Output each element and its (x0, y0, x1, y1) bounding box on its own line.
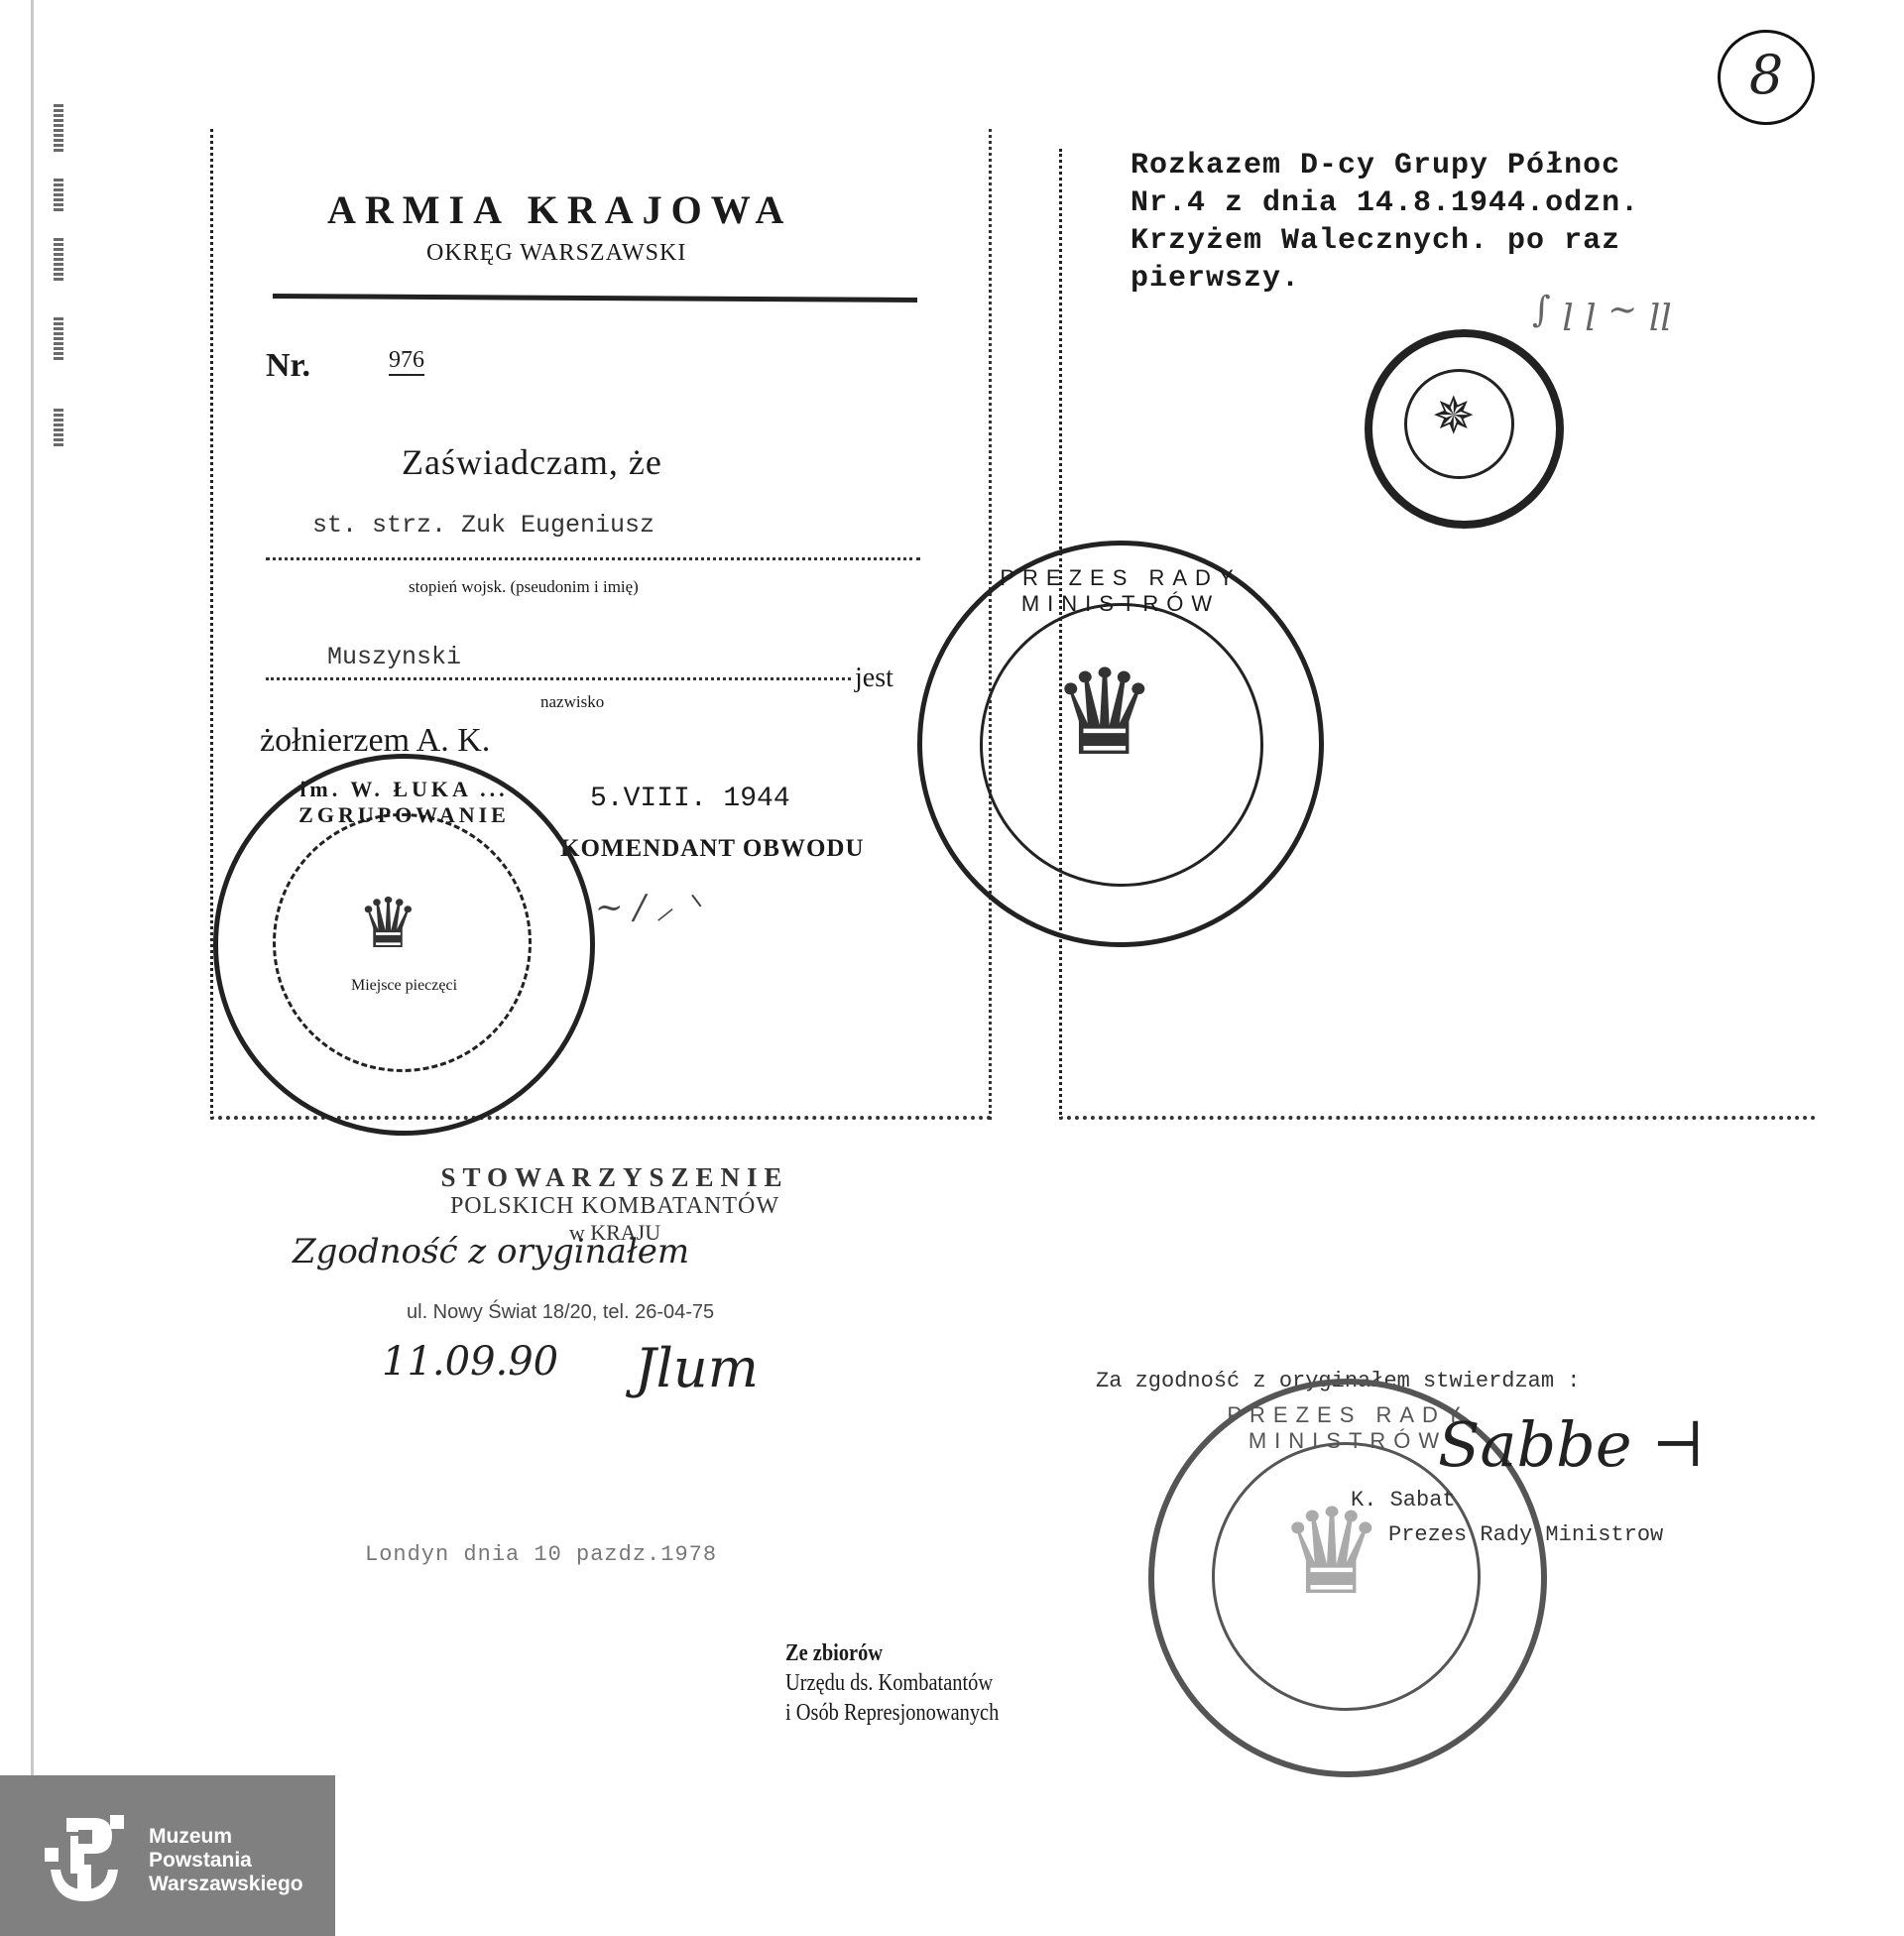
source-line: i Osób Represjonowanych (785, 1698, 999, 1728)
handwritten-note: Zgodność z oryginałem (293, 1232, 689, 1271)
prime-minister-stamp: PREZES RADY MINISTRÓW ♛ (917, 541, 1324, 947)
surname-value: Muszynski (327, 643, 461, 671)
source-note: Ze zbiorów Urzędu ds. Kombatantów i Osób… (785, 1638, 999, 1728)
pm-stamp-ring-text: PREZES RADY MINISTRÓW (922, 565, 1319, 617)
source-line: Ze zbiorów (785, 1638, 999, 1668)
association-signature: Jlum (635, 1337, 759, 1399)
soldier-line: żołnierzem A. K. (260, 722, 490, 760)
certifier-title: Prezes Rady Ministrow (1388, 1522, 1663, 1547)
rank-and-name: st. strz. Zuk Eugeniusz (312, 511, 654, 540)
association-address: ul. Nowy Świat 18/20, tel. 26-04-75 (407, 1301, 714, 1324)
eagle-emblem-icon: ✵ (1432, 387, 1476, 446)
handwritten-date: 11.09.90 (382, 1339, 558, 1385)
museum-name-line: Warszawskiego (149, 1873, 303, 1896)
number-label: Nr. (266, 347, 310, 385)
small-round-stamp: ✵ (1365, 329, 1564, 529)
number-value: 976 (389, 347, 424, 376)
punch-mark (54, 317, 63, 362)
unit-stamp: im. W. ŁUKA ... ZGRUPOWANIE ♛ Miejsce pi… (213, 754, 595, 1136)
page-number-circle: 8 (1718, 30, 1815, 125)
decoration-note: Rozkazem D-cy Grupy Północ Nr.4 z dnia 1… (1130, 147, 1639, 298)
museum-name-line: Powstania (149, 1849, 303, 1873)
surname-dotted-line (266, 677, 851, 680)
punch-mark (54, 104, 63, 154)
decoration-line: Krzyżem Walecznych. po raz (1130, 222, 1639, 260)
decoration-line: Rozkazem D-cy Grupy Północ (1130, 147, 1639, 184)
certificate-heading: Zaświadczam, że (402, 441, 662, 483)
museum-name-line: Muzeum (149, 1825, 303, 1849)
certificate-date: 5.VIII. 1944 (590, 784, 790, 814)
certifier-signature: Sabbe ⊣ (1438, 1408, 1705, 1481)
association-line: STOWARZYSZENIE (397, 1162, 833, 1193)
association-line: POLSKICH KOMBATANTÓW (397, 1193, 833, 1220)
punch-mark (54, 179, 63, 213)
eagle-emblem-icon: ♛ (1051, 655, 1158, 774)
signatory-title: KOMENDANT OBWODU (560, 835, 865, 863)
punch-mark (54, 238, 63, 283)
unit-stamp-ring-text: im. W. ŁUKA ... ZGRUPOWANIE (218, 777, 590, 828)
kotwica-anchor-icon (45, 1810, 124, 1909)
decoration-line: Nr.4 z dnia 14.8.1944.odzn. (1130, 184, 1639, 222)
initials-scribble: ∫ ꞁ ꞁ ~ ꞁꞁ (1532, 290, 1672, 330)
museum-name: Muzeum Powstania Warszawskiego (149, 1825, 303, 1896)
punch-mark (54, 409, 63, 448)
eagle-emblem-icon: ♛ (357, 883, 419, 965)
organization-title: ARMIA KRAJOWA (327, 186, 792, 233)
scan-edge-line (31, 0, 34, 1936)
certifier-name: K. Sabat (1351, 1488, 1456, 1512)
surname-caption: nazwisko (540, 692, 604, 712)
rank-dotted-line (266, 557, 920, 560)
district-subtitle: OKRĘG WARSZAWSKI (426, 240, 686, 267)
commander-signature: ~ ∕ ⸝ ⸌ (595, 883, 700, 928)
rank-caption: stopień wojsk. (pseudonim i imię) (409, 577, 639, 597)
london-date: Londyn dnia 10 pazdz.1978 (365, 1542, 717, 1567)
source-line: Urzędu ds. Kombatantów (785, 1668, 999, 1698)
unit-stamp-center-text: Miejsce pieczęci (307, 977, 501, 995)
is-label: jest (855, 663, 893, 694)
